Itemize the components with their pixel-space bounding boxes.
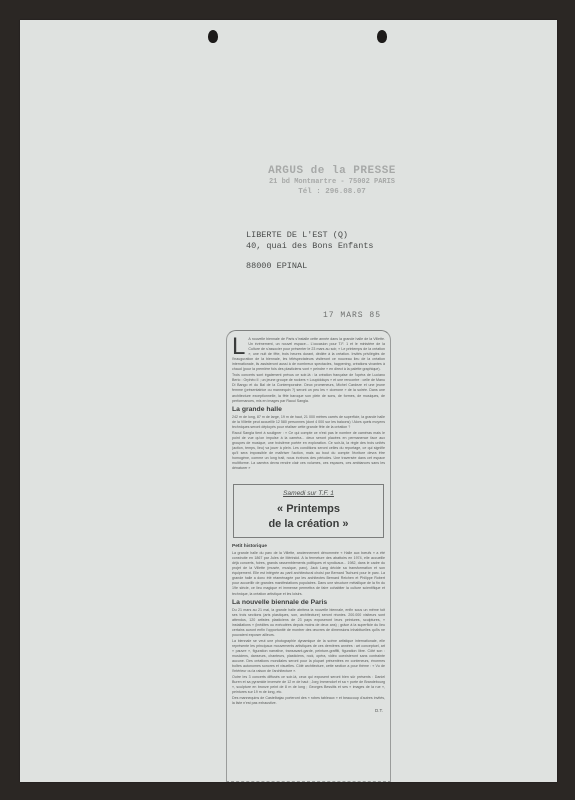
headline-title: « Printemps de la création » <box>236 502 381 532</box>
newspaper-clipping: L A nouvelle biennale de Paris s'install… <box>226 330 391 782</box>
punch-hole-right <box>377 30 387 43</box>
intro-paragraph: L A nouvelle biennale de Paris s'install… <box>232 337 385 372</box>
intro-paragraph-2: Trois concerts sont également prévus ce … <box>232 373 385 403</box>
date-stamp: 17 MARS 85 <box>323 311 381 320</box>
clipping-cut-edge <box>226 781 391 782</box>
headline-box: Samedi sur T.F. 1 « Printemps de la créa… <box>233 484 384 538</box>
recipient-line-1: LIBERTE DE L'EST (Q) <box>246 230 374 241</box>
stamp-address: 21 bd Montmartre - 75002 PARIS <box>257 178 407 186</box>
intro-text: A nouvelle biennale de Paris s'installe … <box>232 337 385 371</box>
headline-line-1: « Printemps <box>236 502 381 517</box>
drop-cap: L <box>232 337 245 357</box>
grande-halle-paragraph-1: 242 m de long, 87 m de large, 19 m de ha… <box>232 415 385 430</box>
recipient-line-2: 40, quai des Bons Enfants <box>246 241 374 252</box>
biennale-paragraph-2: La biennale se veut une photographie dyn… <box>232 639 385 674</box>
stamp-phone: Tél : 296.08.07 <box>257 188 407 196</box>
headline-line-2: de la création » <box>236 517 381 532</box>
author-signature: D.T. <box>232 708 385 713</box>
punch-hole-left <box>208 30 218 43</box>
grande-halle-paragraph-2: Raoul Sangla tient à souligner : « Ce qu… <box>232 431 385 471</box>
stamp-agency: ARGUS de la PRESSE <box>257 165 407 177</box>
recipient-address: LIBERTE DE L'EST (Q) 40, quai des Bons E… <box>246 230 374 272</box>
biennale-paragraph-1: Du 21 mars au 21 mai, la grande halle ab… <box>232 608 385 638</box>
biennale-paragraph-4: Des mannequins de Castelbajac porteront … <box>232 696 385 706</box>
section-heading-grande-halle: La grande halle <box>232 406 385 414</box>
section-heading-biennale: La nouvelle biennale de Paris <box>232 599 385 607</box>
recipient-line-3: 88000 EPINAL <box>246 261 374 272</box>
argus-press-stamp: ARGUS de la PRESSE 21 bd Montmartre - 75… <box>257 165 407 196</box>
historique-paragraph: La grande halle du parc de la Villette, … <box>232 551 385 596</box>
section-heading-historique: Petit historique <box>232 544 385 550</box>
headline-kicker: Samedi sur T.F. 1 <box>236 489 381 498</box>
biennale-paragraph-3: Outre les 3 concerts diffusés ce soir-là… <box>232 675 385 695</box>
